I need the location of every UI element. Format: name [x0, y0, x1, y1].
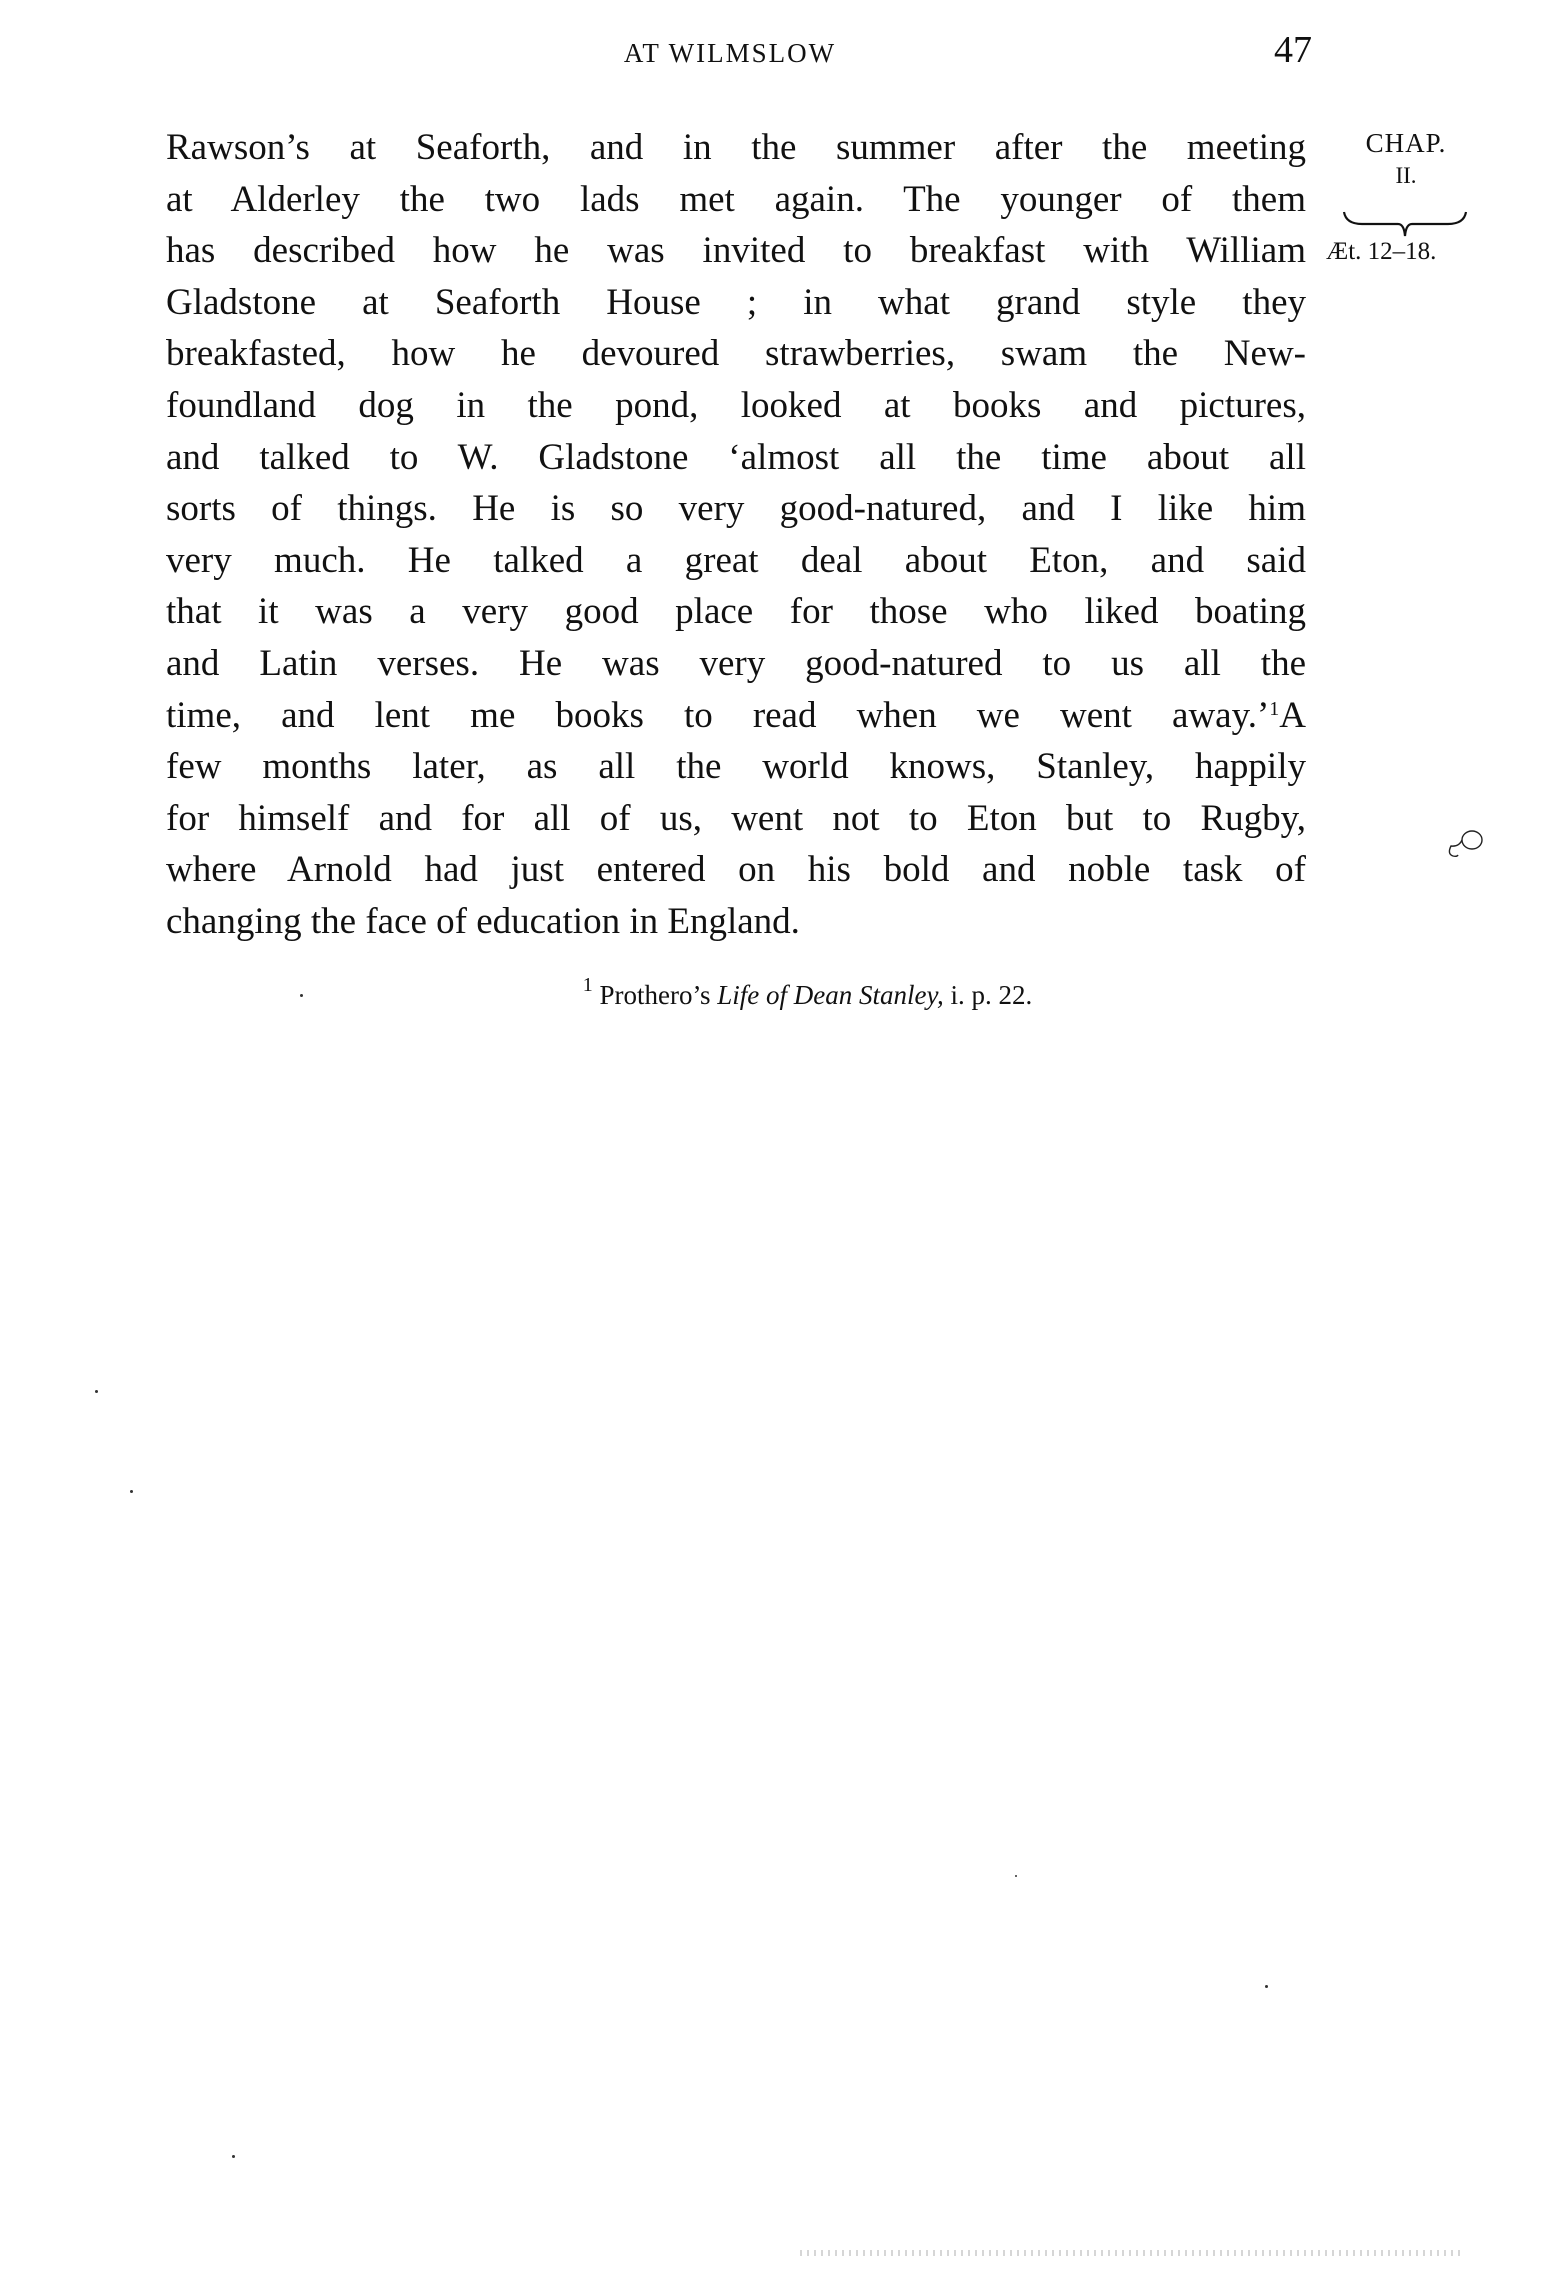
text-line: for himself and for all of us, went not … [166, 793, 1306, 845]
paper-speck [1015, 1875, 1017, 1877]
ink-scribble-icon [1445, 828, 1485, 862]
text-line-main: time, and lent me books to read when we … [166, 695, 1269, 736]
text-line: Rawson’s at Seaforth, and in the summer … [166, 122, 1306, 174]
margin-chapter-number: II. [1336, 163, 1476, 189]
footnote: 1 Prothero’s Life of Dean Stanley, i. p.… [0, 980, 1555, 1011]
footnote-prefix: Prothero’s [600, 980, 718, 1010]
margin-chapter-label: CHAP. [1336, 128, 1476, 159]
text-line: at Alderley the two lads met again. The … [166, 174, 1306, 226]
text-line: changing the face of education in Englan… [166, 896, 1306, 948]
text-line-with-footnote: time, and lent me books to read when we … [166, 690, 1306, 742]
page-number: 47 [1262, 28, 1312, 72]
text-line: foundland dog in the pond, looked at boo… [166, 380, 1306, 432]
text-line: sorts of things. He is so very good-natu… [166, 483, 1306, 535]
running-head: AT WILMSLOW [560, 38, 900, 69]
paper-speck [232, 2155, 235, 2158]
text-line: where Arnold had just entered on his bol… [166, 844, 1306, 896]
paper-speck [1265, 1985, 1268, 1988]
paper-speck [130, 1490, 133, 1493]
text-line: very much. He talked a great deal about … [166, 535, 1306, 587]
text-line: and talked to W. Gladstone ‘almost all t… [166, 432, 1306, 484]
text-line: that it was a very good place for those … [166, 586, 1306, 638]
paper-speck [300, 994, 303, 997]
paper-speck [95, 1390, 98, 1393]
footnote-marker: 1 [583, 974, 593, 996]
footnote-reference[interactable]: 1 [1269, 698, 1279, 720]
text-line-tail: A [1279, 695, 1306, 736]
body-paragraph: Rawson’s at Seaforth, and in the summer … [166, 122, 1306, 948]
text-line: Gladstone at Seaforth House ; in what gr… [166, 277, 1306, 329]
text-line: breakfasted, how he devoured strawberrie… [166, 328, 1306, 380]
text-line: few months later, as all the world knows… [166, 741, 1306, 793]
footnote-title: Life of Dean Stanley, [717, 980, 943, 1010]
scan-noise [800, 2250, 1460, 2256]
text-line: and Latin verses. He was very good-natur… [166, 638, 1306, 690]
footnote-suffix: i. p. 22. [944, 980, 1033, 1010]
curly-brace-icon [1340, 210, 1470, 238]
margin-age-range: Æt. 12–18. [1326, 238, 1496, 266]
text-line: has described how he was invited to brea… [166, 225, 1306, 277]
